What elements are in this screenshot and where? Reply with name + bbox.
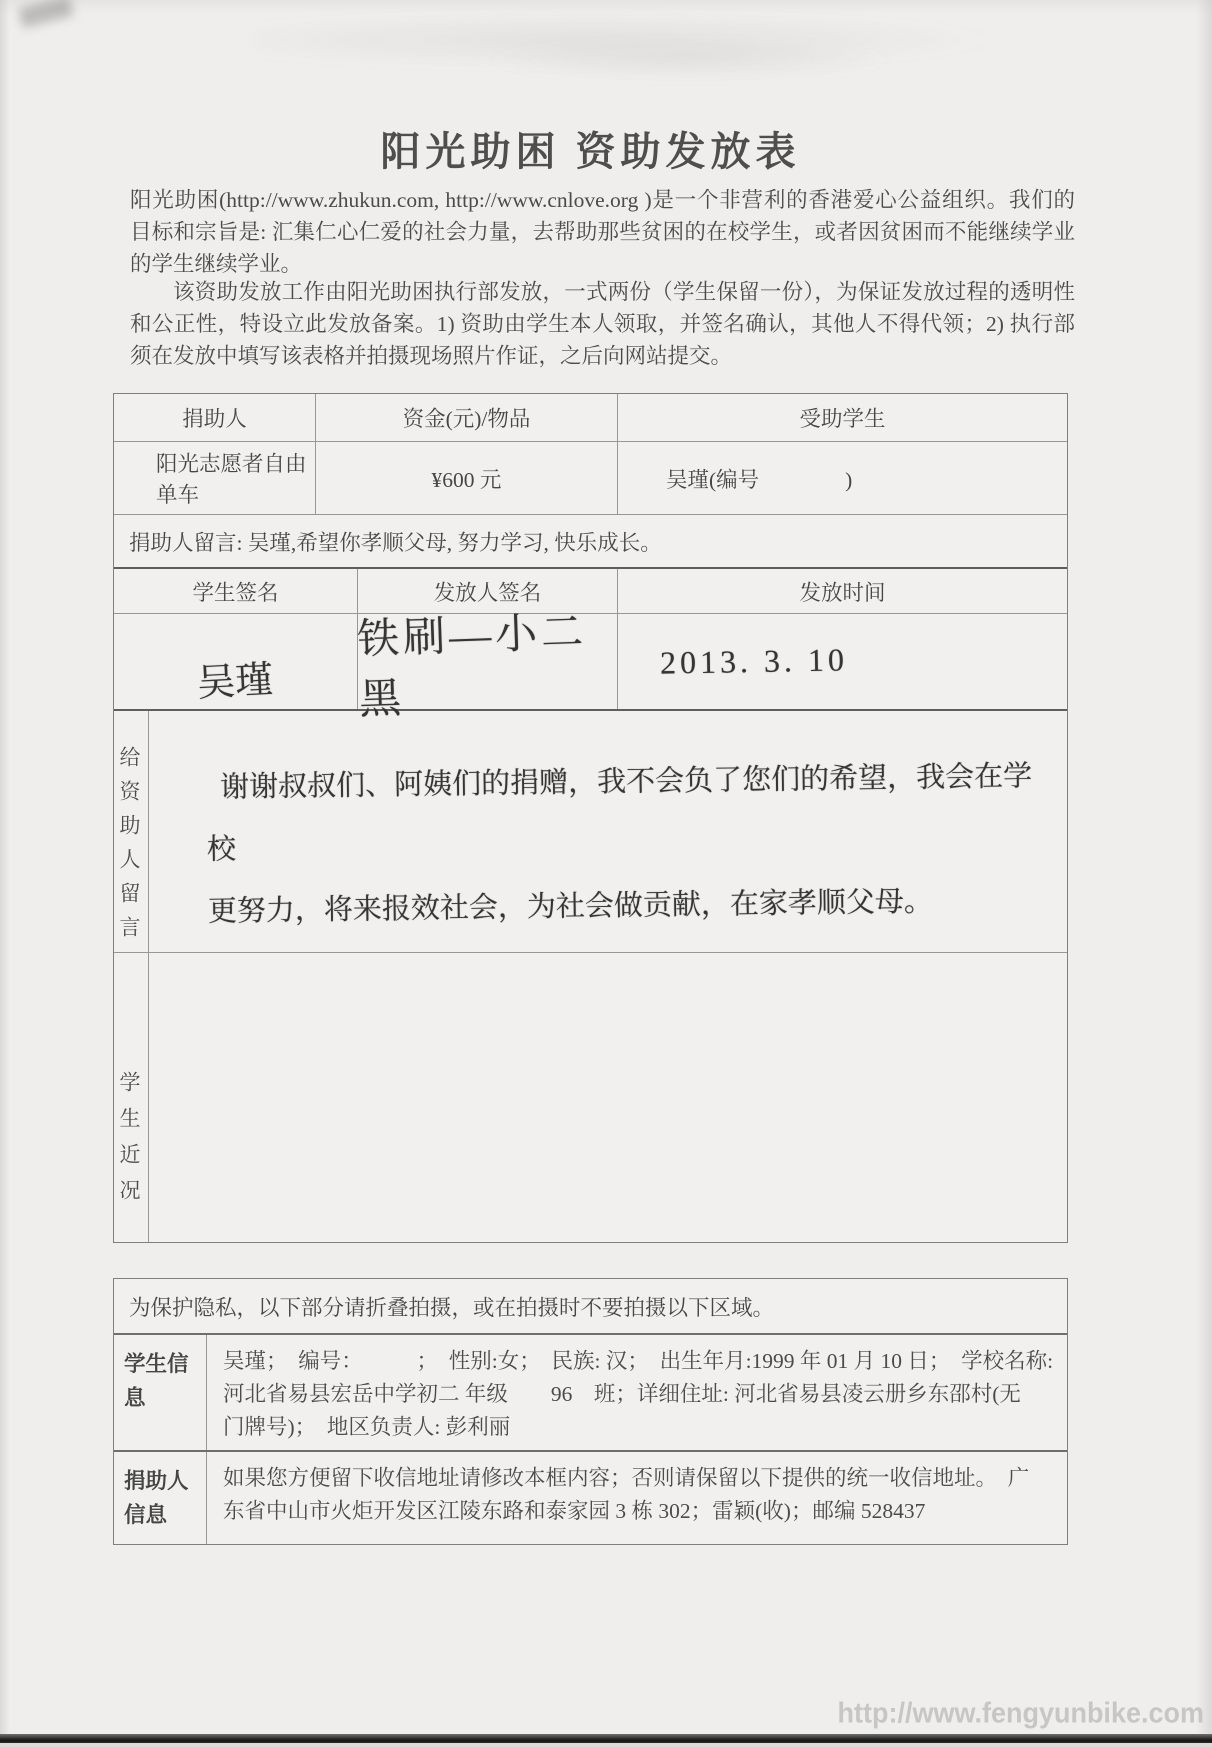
student-column-header: 受助学生 bbox=[618, 394, 1067, 441]
issue-date-handwriting: 2013. 3. 10 bbox=[660, 641, 849, 681]
issuer-signature: 铁刷—小二黑 bbox=[358, 614, 618, 709]
page-title: 阳光助困 资助发放表 bbox=[113, 120, 1068, 177]
donor-info-content: 如果您方便留下收信地址请修改本框内容；否则请保留以下提供的统一收信地址。 广 东… bbox=[207, 1452, 1067, 1544]
student-status-content bbox=[149, 953, 1067, 1242]
student-info-row: 学生信息 吴瑾； 编号： ； 性别:女； 民族: 汉； 出生年月:1999 年 … bbox=[114, 1333, 1067, 1450]
donor-info-line-2: 东省中山市火炬开发区江陵东路和泰家园 3 栋 302；雷颖(收)；邮编 5284… bbox=[223, 1495, 1055, 1528]
reply-line-1: 谢谢叔叔们、阿姨们的捐赠，我不会负了您们的希望，我会在学校 bbox=[206, 745, 1050, 881]
donor-column-header: 捐助人 bbox=[114, 394, 316, 441]
scan-bottom-edge bbox=[0, 1734, 1212, 1743]
student-status-row: 学生近况 bbox=[114, 952, 1067, 1242]
student-status-label: 学生近况 bbox=[114, 953, 149, 1242]
reply-to-sponsor-content: 谢谢叔叔们、阿姨们的捐赠，我不会负了您们的希望，我会在学校 更努力，将来报效社会… bbox=[149, 711, 1067, 952]
issue-date-header: 发放时间 bbox=[618, 569, 1067, 613]
privacy-notice-row: 为保护隐私，以下部分请折叠拍摄，或在拍摄时不要拍摄以下区域。 bbox=[114, 1279, 1067, 1333]
student-info-line-1: 吴瑾； 编号： ； 性别:女； 民族: 汉； 出生年月:1999 年 01 月 … bbox=[223, 1345, 1055, 1378]
donation-amount: ¥600 元 bbox=[316, 442, 618, 514]
issue-date: 2013. 3. 10 bbox=[618, 614, 1067, 709]
student-info-line-3: 门牌号)； 地区负责人: 彭利丽 bbox=[223, 1411, 1055, 1444]
reply-to-sponsor-label: 给资助人留言 bbox=[114, 711, 149, 952]
student-info-content: 吴瑾； 编号： ； 性别:女； 民族: 汉； 出生年月:1999 年 01 月 … bbox=[207, 1335, 1067, 1450]
scan-bottom-margin bbox=[0, 1743, 1212, 1747]
donor-message: 捐助人留言: 吴瑾,希望你孝顺父母, 努力学习, 快乐成长。 bbox=[114, 515, 1067, 567]
scan-smudge bbox=[480, 40, 900, 80]
donor-info-label: 捐助人信息 bbox=[114, 1452, 207, 1544]
privacy-notice: 为保护隐私，以下部分请折叠拍摄，或在拍摄时不要拍摄以下区域。 bbox=[114, 1279, 1067, 1333]
student-signature-handwriting: 吴瑾 bbox=[196, 648, 275, 707]
student-name: 吴瑾(编号 ) bbox=[618, 442, 1067, 514]
donor-name: 阳光志愿者自由单车 bbox=[114, 442, 316, 514]
reply-to-sponsor-row: 给资助人留言 谢谢叔叔们、阿姨们的捐赠，我不会负了您们的希望，我会在学校 更努力… bbox=[114, 709, 1067, 952]
intro-paragraph: 阳光助困(http://www.zhukun.com, http://www.c… bbox=[130, 184, 1075, 280]
student-info-line-2: 河北省易县宏岳中学初二 年级 96 班；详细住址: 河北省易县凌云册乡东邵村(无 bbox=[223, 1378, 1055, 1411]
scanned-form-page: 阳光助困 资助发放表 阳光助困(http://www.zhukun.com, h… bbox=[0, 0, 1212, 1747]
donation-header-row: 捐助人 资金(元)/物品 受助学生 bbox=[114, 394, 1067, 441]
signature-data-row: 吴瑾 铁刷—小二黑 2013. 3. 10 bbox=[114, 613, 1067, 709]
donor-message-row: 捐助人留言: 吴瑾,希望你孝顺父母, 努力学习, 快乐成长。 bbox=[114, 514, 1067, 567]
procedure-paragraph: 该资助发放工作由阳光助困执行部发放，一式两份（学生保留一份），为保证发放过程的透… bbox=[130, 276, 1075, 372]
privacy-table: 为保护隐私，以下部分请折叠拍摄，或在拍摄时不要拍摄以下区域。 学生信息 吴瑾； … bbox=[113, 1278, 1068, 1545]
student-info-label: 学生信息 bbox=[114, 1335, 207, 1450]
amount-column-header: 资金(元)/物品 bbox=[316, 394, 618, 441]
reply-line-2: 更努力，将来报效社会，为社会做贡献，在家孝顺父母。 bbox=[207, 869, 1050, 943]
watermark-url: http://www.fengyunbike.com bbox=[837, 1697, 1204, 1730]
scan-smudge bbox=[250, 14, 1010, 66]
scan-smudge bbox=[18, 0, 73, 28]
donor-info-line-1: 如果您方便留下收信地址请修改本框内容；否则请保留以下提供的统一收信地址。 广 bbox=[223, 1462, 1055, 1495]
donor-info-row: 捐助人信息 如果您方便留下收信地址请修改本框内容；否则请保留以下提供的统一收信地… bbox=[114, 1450, 1067, 1544]
student-signature-header: 学生签名 bbox=[114, 569, 358, 613]
issuer-signature-handwriting: 铁刷—小二黑 bbox=[356, 597, 619, 726]
donation-table: 捐助人 资金(元)/物品 受助学生 阳光志愿者自由单车 ¥600 元 吴瑾(编号… bbox=[113, 393, 1068, 1243]
donation-data-row: 阳光志愿者自由单车 ¥600 元 吴瑾(编号 ) bbox=[114, 441, 1067, 514]
student-signature: 吴瑾 bbox=[114, 614, 358, 709]
